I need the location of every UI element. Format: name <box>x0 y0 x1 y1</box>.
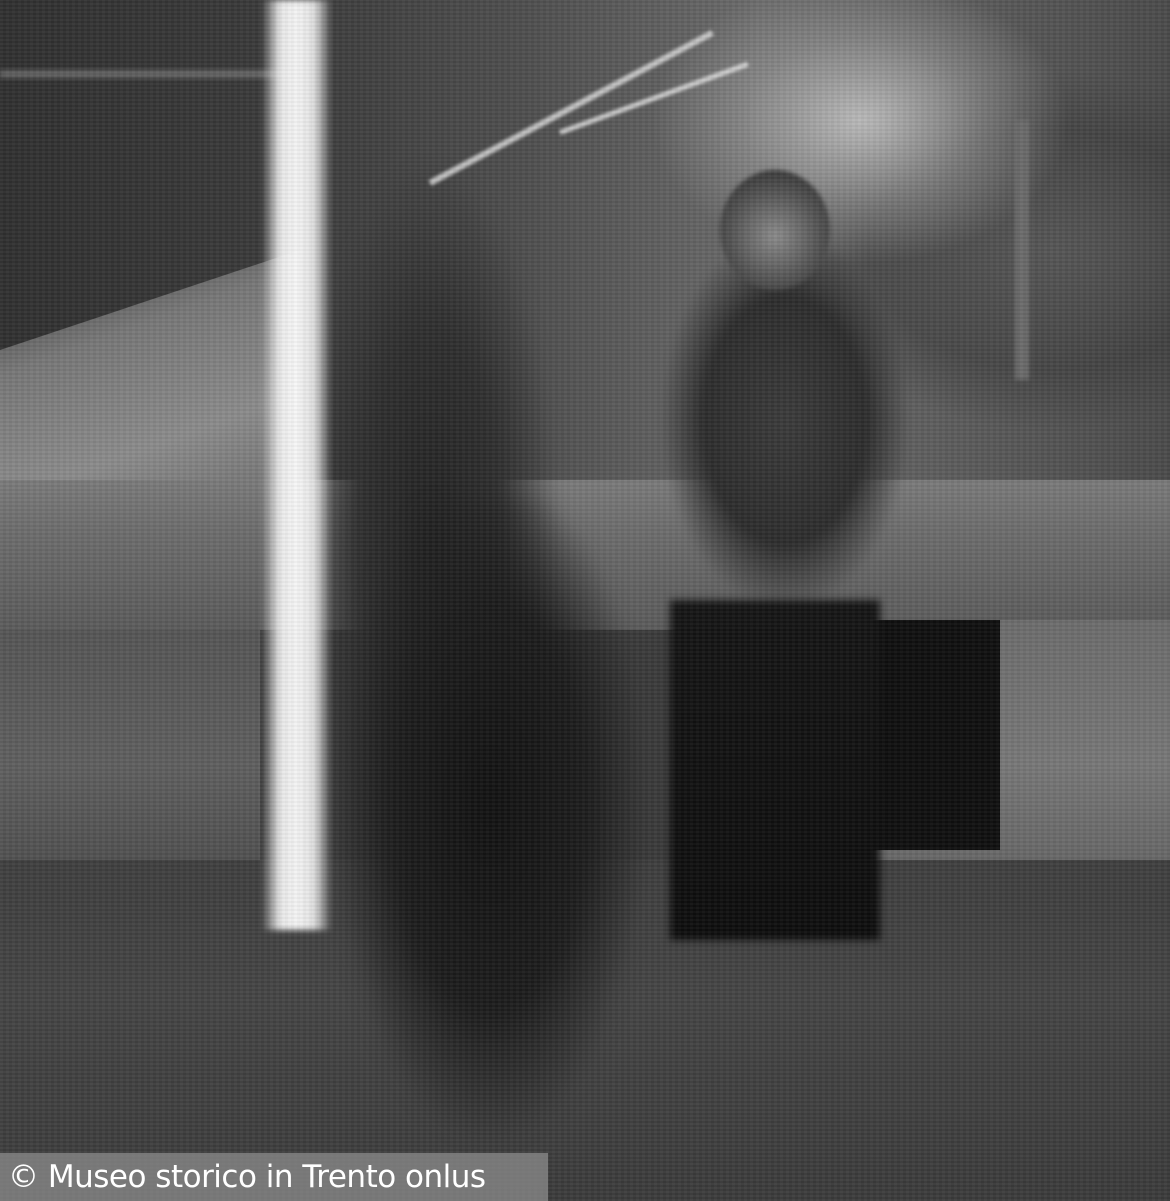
film-scratch-vertical <box>262 0 332 930</box>
historical-photograph: © Museo storico in Trento onlus <box>0 0 1170 1201</box>
dark-doorway <box>860 620 1000 850</box>
tree-trunk <box>1015 120 1029 380</box>
fence-line <box>0 70 290 78</box>
right-soldier-legs <box>670 600 880 940</box>
right-soldier-head <box>720 170 830 290</box>
dark-foreground-figure <box>330 500 650 1180</box>
copyright-watermark: © Museo storico in Trento onlus <box>0 1153 548 1201</box>
